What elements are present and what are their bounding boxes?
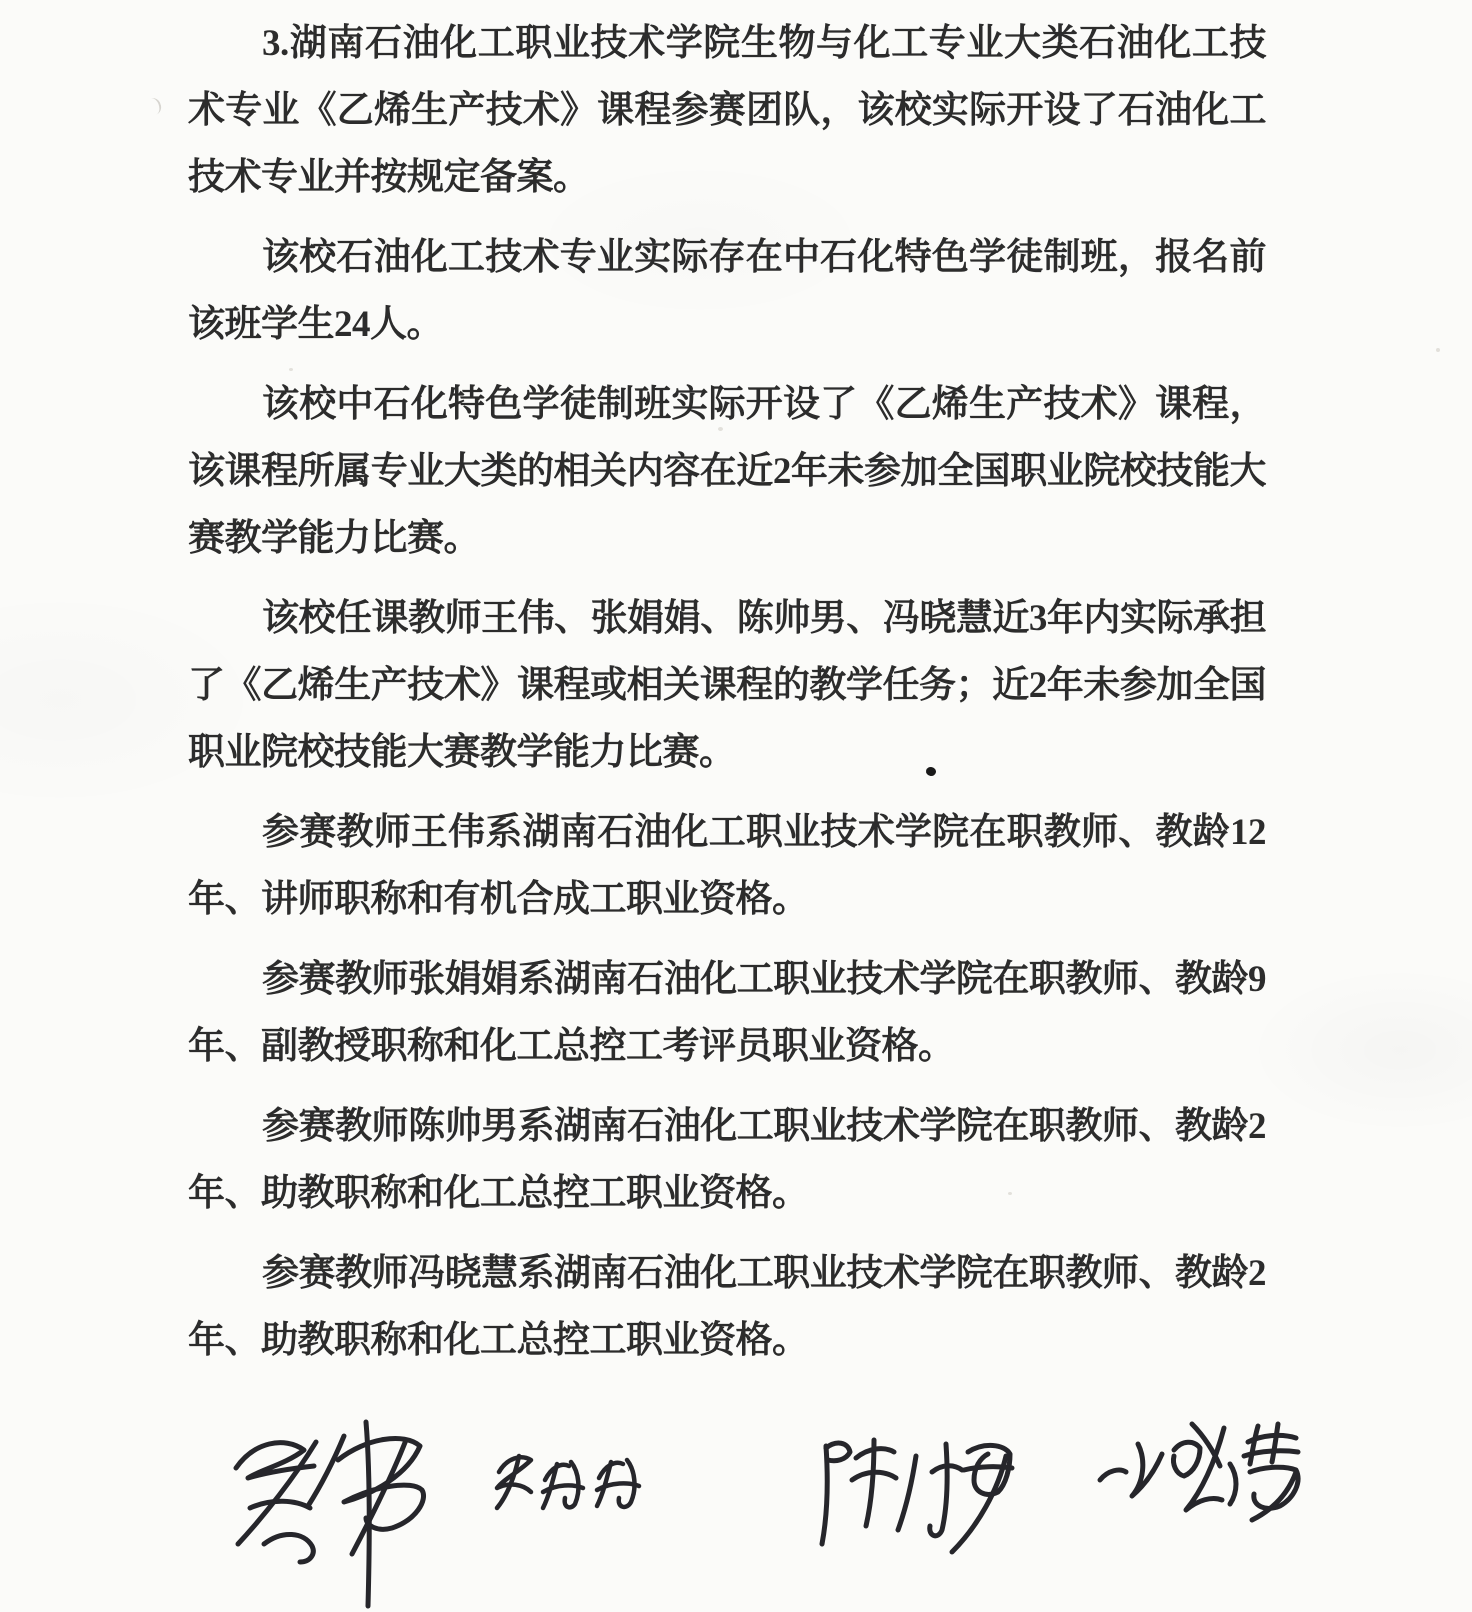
text-line: 参赛教师冯晓慧系湖南石油化工职业技术学院在职教师、教龄2 — [188, 1240, 1266, 1307]
text-line: 职业院校技能大赛教学能力比赛。 — [188, 719, 1266, 786]
text-line: 年、助教职称和化工总控工职业资格。 — [188, 1160, 1266, 1227]
text-line: 术专业《乙烯生产技术》课程参赛团队，该校实际开设了石油化工 — [188, 77, 1266, 144]
text-line: 了《乙烯生产技术》课程或相关课程的教学任务；近2年未参加全国 — [188, 652, 1266, 719]
paragraph: 3.湖南石油化工职业技术学院生物与化工专业大类石油化工技术专业《乙烯生产技术》课… — [188, 10, 1266, 211]
paragraph: 参赛教师冯晓慧系湖南石油化工职业技术学院在职教师、教龄2年、助教职称和化工总控工… — [188, 1240, 1266, 1374]
text-line: 该校石油化工技术专业实际存在中石化特色学徒制班，报名前 — [188, 224, 1266, 291]
text-line: 该课程所属专业大类的相关内容在近2年未参加全国职业院校技能大 — [188, 438, 1266, 505]
text-line: 该班学生24人。 — [188, 291, 1266, 358]
text-line: 年、讲师职称和有机合成工职业资格。 — [188, 866, 1266, 933]
text-line: 该校中石化特色学徒制班实际开设了《乙烯生产技术》课程， — [188, 371, 1266, 438]
paragraph: 参赛教师张娟娟系湖南石油化工职业技术学院在职教师、教龄9年、副教授职称和化工总控… — [188, 946, 1266, 1080]
text-line: 参赛教师张娟娟系湖南石油化工职业技术学院在职教师、教龄9 — [188, 946, 1266, 1013]
paragraph: 参赛教师王伟系湖南石油化工职业技术学院在职教师、教龄12年、讲师职称和有机合成工… — [188, 799, 1266, 933]
signature-wang-wei — [220, 1412, 432, 1608]
document-page: 3.湖南石油化工职业技术学院生物与化工专业大类石油化工技术专业《乙烯生产技术》课… — [0, 0, 1472, 1612]
document-text: 3.湖南石油化工职业技术学院生物与化工专业大类石油化工技术专业《乙烯生产技术》课… — [188, 10, 1266, 1387]
paragraph: 该校中石化特色学徒制班实际开设了《乙烯生产技术》课程，该课程所属专业大类的相关内… — [188, 371, 1266, 572]
text-line: 参赛教师陈帅男系湖南石油化工职业技术学院在职教师、教龄2 — [188, 1093, 1266, 1160]
signature-chen-shuainan — [806, 1428, 1018, 1560]
paragraph: 该校石油化工技术专业实际存在中石化特色学徒制班，报名前该班学生24人。 — [188, 224, 1266, 358]
text-line: 赛教学能力比赛。 — [188, 505, 1266, 572]
paragraph: 该校任课教师王伟、张娟娟、陈帅男、冯晓慧近3年内实际承担了《乙烯生产技术》课程或… — [188, 585, 1266, 786]
paragraph: 参赛教师陈帅男系湖南石油化工职业技术学院在职教师、教龄2年、助教职称和化工总控工… — [188, 1093, 1266, 1227]
text-line: 参赛教师王伟系湖南石油化工职业技术学院在职教师、教龄12 — [188, 799, 1266, 866]
signature-feng-xiaohui — [1092, 1408, 1324, 1530]
scan-smudge-artifact — [144, 96, 164, 117]
text-line: 该校任课教师王伟、张娟娟、陈帅男、冯晓慧近3年内实际承担 — [188, 585, 1266, 652]
signature-zhang-juanjuan — [487, 1446, 659, 1518]
text-line: 技术专业并按规定备案。 — [188, 144, 1266, 211]
text-line: 3.湖南石油化工职业技术学院生物与化工专业大类石油化工技 — [188, 10, 1266, 77]
paper-speck — [1436, 348, 1440, 352]
text-line: 年、助教职称和化工总控工职业资格。 — [188, 1307, 1266, 1374]
text-line: 年、副教授职称和化工总控工考评员职业资格。 — [188, 1013, 1266, 1080]
